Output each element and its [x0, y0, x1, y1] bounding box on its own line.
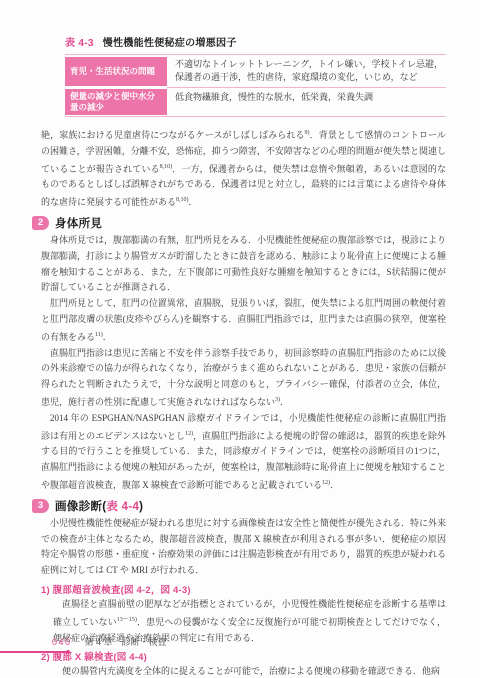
section-heading-imaging: 3 画像診断(表 4-4): [32, 498, 446, 514]
table-row: 育児・生活状況の問題 不適切なトイレットトレーニング，トイレ嫌い，学校トイレ忌避…: [65, 55, 446, 87]
subsection-heading-xray: 2) 腹部 X 線検査(図 4-4): [41, 649, 446, 663]
table-title: 慢性機能性便秘症の増悪因子: [103, 38, 237, 49]
chapter-label: 第 4 章 診断・検査: [85, 637, 167, 647]
section-title: 画像診断(表 4-4): [55, 498, 143, 514]
section-title-text: 画像診断(: [55, 501, 106, 513]
page-footer: 040第 4 章 診断・検査: [0, 635, 480, 648]
section-number-badge: 2: [32, 216, 49, 230]
row-header-cell: 便量の減少と便中水分量の減少: [65, 89, 167, 115]
paragraph: 小児慢性機能性便秘症が疑われる患児に対する画像検査は安全性と簡便性が優先される．…: [41, 516, 446, 579]
footer-rule: [0, 651, 68, 653]
table-row: 便量の減少と便中水分量の減少 低食物繊維食，慢性的な脱水，低栄養，栄養失調: [65, 87, 446, 116]
row-header-cell: 育児・生活状況の問題: [65, 57, 167, 86]
book-page: 表 4-3慢性機能性便秘症の増悪因子 育児・生活状況の問題 不適切なトイレットト…: [0, 0, 480, 678]
row-content-cell: 低食物繊維食，慢性的な脱水，低栄養，栄養失調: [167, 87, 446, 116]
footer-rule-dot: [66, 650, 71, 655]
section-heading-physical-findings: 2 身体所見: [32, 215, 446, 231]
paragraph: 便の腸管内充満度を全体的に捉えることが可能で，治療による便塊の移動を確認できる．…: [53, 664, 446, 678]
section-title-close: ): [139, 501, 143, 513]
table-caption: 表 4-3慢性機能性便秘症の増悪因子: [65, 34, 446, 49]
footer-text: 040第 4 章 診断・検査: [0, 635, 480, 648]
factor-table: 育児・生活状況の問題 不適切なトイレットトレーニング，トイレ嫌い，学校トイレ忌避…: [65, 54, 446, 117]
subsection-heading-ultrasound: 1) 腹部超音波検査(図 4-2，図 4-3): [41, 582, 446, 596]
table-4-3-block: 表 4-3慢性機能性便秘症の増悪因子 育児・生活状況の問題 不適切なトイレットト…: [65, 34, 446, 117]
row-content-cell: 不適切なトイレットトレーニング，トイレ嫌い，学校トイレ忌避，保護者の過干渉，性的…: [167, 55, 446, 87]
table-reference: 表 4-4: [106, 501, 139, 513]
paragraph: 絶，家族における児童虐待につながるケースがしばしばみられる9)．背景として感情の…: [41, 126, 446, 211]
paragraph: 直腸肛門指診は患児に苦痛と不安を伴う診察手技であり，初回診察時の直腸肛門指診のた…: [41, 346, 446, 411]
table-label: 表 4-3: [65, 38, 94, 49]
section-title: 身体所見: [55, 215, 102, 231]
paragraph: 肛門所見として，肛門の位置異常，直腸脱，見張りいぼ，裂肛，便失禁による肛門周囲の…: [41, 296, 446, 345]
section-number-badge: 3: [32, 499, 49, 513]
paragraph: 2014 年の ESPGHAN/NASPGHAN 診療ガイドラインでは，小児機能…: [41, 411, 446, 494]
paragraph: 身体所見では，腹部膨満の有無，肛門所見をみる．小児機能性便秘症の腹部診察では，視…: [41, 233, 446, 296]
page-number: 040: [52, 637, 72, 647]
